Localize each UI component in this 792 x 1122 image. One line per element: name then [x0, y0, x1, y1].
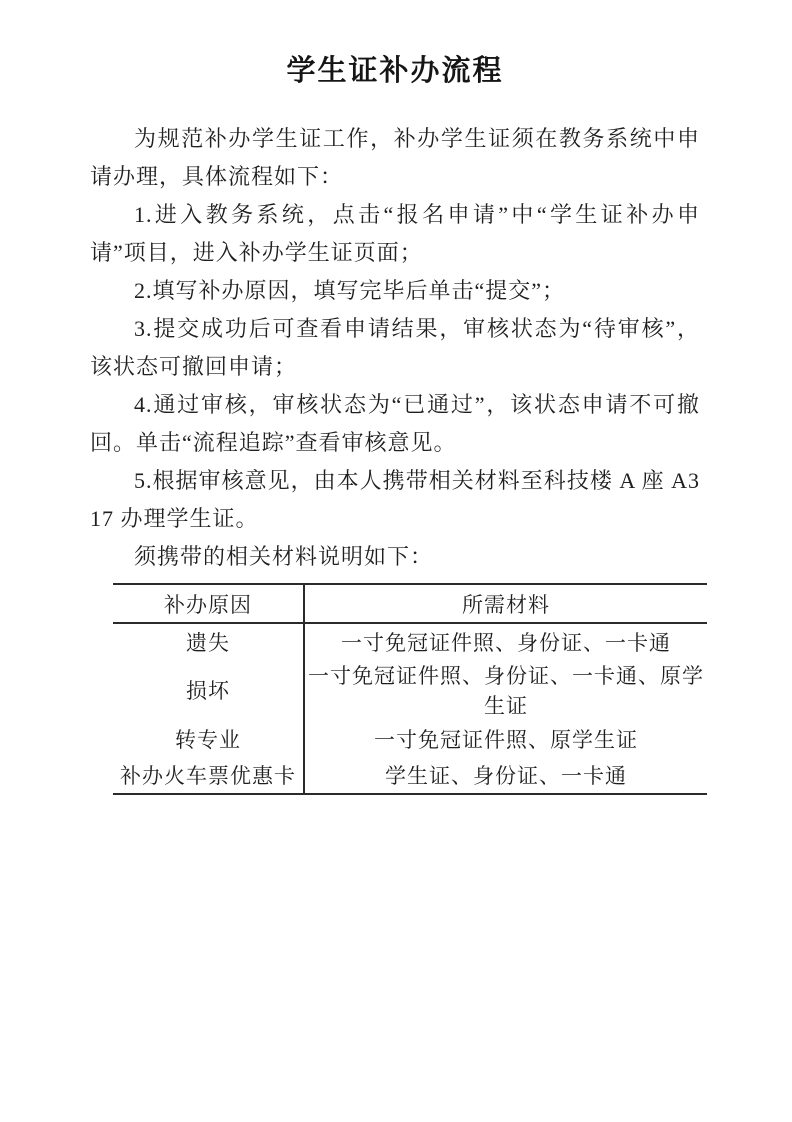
table-row-damaged: 损坏 一寸免冠证件照、身份证、一卡通、原学生证 [113, 660, 707, 720]
table-row-train-discount-card: 补办火车票优惠卡 学生证、身份证、一卡通 [113, 757, 707, 794]
document-page: 学生证补办流程 为规范补办学生证工作，补办学生证须在教务系统中申请办理，具体流程… [0, 0, 792, 1122]
document-title: 学生证补办流程 [90, 52, 700, 90]
materials-cell: 一寸免冠证件照、身份证、一卡通 [304, 623, 707, 660]
step-5-paragraph: 5.根据审核意见，由本人携带相关材料至科技楼 A 座 A317 办理学生证。 [90, 462, 700, 538]
intro-paragraph: 为规范补办学生证工作，补办学生证须在教务系统中申请办理，具体流程如下： [90, 120, 700, 196]
column-header-materials: 所需材料 [304, 584, 707, 623]
step-1-paragraph: 1.进入教务系统，点击“报名申请”中“学生证补办申请”项目，进入补办学生证页面； [90, 196, 700, 272]
step-2-paragraph: 2.填写补办原因，填写完毕后单击“提交”； [90, 272, 700, 310]
step-4-paragraph: 4.通过审核，审核状态为“已通过”，该状态申请不可撤回。单击“流程追踪”查看审核… [90, 386, 700, 462]
reason-cell: 转专业 [113, 720, 304, 757]
table-row-lost: 遗失 一寸免冠证件照、身份证、一卡通 [113, 623, 707, 660]
reason-cell: 损坏 [113, 660, 304, 720]
column-header-reason: 补办原因 [113, 584, 304, 623]
step-3-paragraph: 3.提交成功后可查看申请结果，审核状态为“待审核”，该状态可撤回申请； [90, 310, 700, 386]
table-header-row: 补办原因 所需材料 [113, 584, 707, 623]
reason-cell: 遗失 [113, 623, 304, 660]
materials-cell: 学生证、身份证、一卡通 [304, 757, 707, 794]
materials-cell: 一寸免冠证件照、原学生证 [304, 720, 707, 757]
materials-table: 补办原因 所需材料 遗失 一寸免冠证件照、身份证、一卡通 损坏 一寸免冠证件照、… [113, 583, 707, 795]
materials-cell: 一寸免冠证件照、身份证、一卡通、原学生证 [304, 660, 707, 720]
table-row-major-change: 转专业 一寸免冠证件照、原学生证 [113, 720, 707, 757]
reason-cell: 补办火车票优惠卡 [113, 757, 304, 794]
materials-note: 须携带的相关材料说明如下： [90, 538, 700, 576]
